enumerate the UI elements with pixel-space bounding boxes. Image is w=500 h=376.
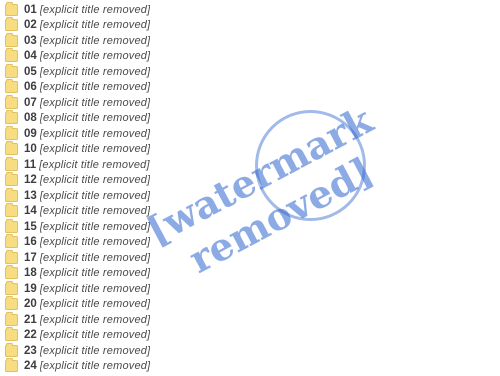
- item-number: 22: [24, 329, 37, 341]
- list-item[interactable]: 05 [explicit title removed]: [2, 64, 500, 80]
- folder-icon: [5, 329, 18, 341]
- item-number: 15: [24, 221, 37, 233]
- list-item[interactable]: 01 [explicit title removed]: [2, 2, 500, 18]
- item-number: 08: [24, 112, 37, 124]
- item-title-redacted: [explicit title removed]: [40, 205, 151, 217]
- item-number: 19: [24, 283, 37, 295]
- item-title-redacted: [explicit title removed]: [40, 66, 151, 78]
- item-title-redacted: [explicit title removed]: [40, 267, 151, 279]
- folder-icon: [5, 50, 18, 62]
- list-item[interactable]: 06 [explicit title removed]: [2, 80, 500, 96]
- list-item[interactable]: 14 [explicit title removed]: [2, 204, 500, 220]
- item-number: 06: [24, 81, 37, 93]
- item-title-redacted: [explicit title removed]: [40, 314, 151, 326]
- folder-icon: [5, 66, 18, 78]
- item-number: 16: [24, 236, 37, 248]
- item-title-redacted: [explicit title removed]: [40, 236, 151, 248]
- item-number: 03: [24, 35, 37, 47]
- folder-icon: [5, 298, 18, 310]
- folder-icon: [5, 174, 18, 186]
- item-title-redacted: [explicit title removed]: [40, 329, 151, 341]
- item-title-redacted: [explicit title removed]: [40, 345, 151, 357]
- folder-icon: [5, 81, 18, 93]
- item-number: 20: [24, 298, 37, 310]
- folder-icon: [5, 252, 18, 264]
- list-item[interactable]: 09 [explicit title removed]: [2, 126, 500, 142]
- list-item[interactable]: 12 [explicit title removed]: [2, 173, 500, 189]
- list-item[interactable]: 22 [explicit title removed]: [2, 328, 500, 344]
- list-item[interactable]: 03 [explicit title removed]: [2, 33, 500, 49]
- item-number: 11: [24, 159, 36, 171]
- item-title-redacted: [explicit title removed]: [40, 221, 151, 233]
- item-number: 01: [24, 4, 37, 16]
- folder-icon: [5, 236, 18, 248]
- folder-icon: [5, 97, 18, 109]
- item-number: 13: [24, 190, 37, 202]
- file-list: 01 [explicit title removed] 02 [explicit…: [2, 2, 500, 374]
- list-item[interactable]: 21 [explicit title removed]: [2, 312, 500, 328]
- item-number: 14: [24, 205, 37, 217]
- folder-icon: [5, 143, 18, 155]
- list-item[interactable]: 24 [explicit title removed]: [2, 359, 500, 375]
- item-title-redacted: [explicit title removed]: [40, 298, 151, 310]
- item-title-redacted: [explicit title removed]: [40, 283, 151, 295]
- folder-icon: [5, 205, 18, 217]
- item-number: 12: [24, 174, 37, 186]
- folder-icon: [5, 19, 18, 31]
- item-title-redacted: [explicit title removed]: [40, 143, 151, 155]
- item-title-redacted: [explicit title removed]: [40, 360, 151, 372]
- item-number: 04: [24, 50, 37, 62]
- item-title-redacted: [explicit title removed]: [40, 19, 151, 31]
- list-item[interactable]: 20 [explicit title removed]: [2, 297, 500, 313]
- item-number: 09: [24, 128, 37, 140]
- item-number: 10: [24, 143, 37, 155]
- item-title-redacted: [explicit title removed]: [40, 252, 151, 264]
- item-number: 17: [24, 252, 37, 264]
- folder-icon: [5, 128, 18, 140]
- list-item[interactable]: 13 [explicit title removed]: [2, 188, 500, 204]
- folder-icon: [5, 267, 18, 279]
- folder-icon: [5, 159, 18, 171]
- folder-icon: [5, 360, 18, 372]
- item-number: 21: [24, 314, 37, 326]
- item-number: 07: [24, 97, 37, 109]
- item-title-redacted: [explicit title removed]: [40, 35, 151, 47]
- item-title-redacted: [explicit title removed]: [40, 128, 151, 140]
- list-item[interactable]: 11 [explicit title removed]: [2, 157, 500, 173]
- item-number: 05: [24, 66, 37, 78]
- folder-icon: [5, 190, 18, 202]
- folder-icon: [5, 35, 18, 47]
- list-item[interactable]: 15 [explicit title removed]: [2, 219, 500, 235]
- list-item[interactable]: 07 [explicit title removed]: [2, 95, 500, 111]
- item-title-redacted: [explicit title removed]: [40, 174, 151, 186]
- item-title-redacted: [explicit title removed]: [40, 81, 151, 93]
- list-item[interactable]: 02 [explicit title removed]: [2, 18, 500, 34]
- item-number: 24: [24, 360, 37, 372]
- item-title-redacted: [explicit title removed]: [40, 97, 151, 109]
- item-title-redacted: [explicit title removed]: [40, 50, 151, 62]
- folder-icon: [5, 314, 18, 326]
- list-item[interactable]: 18 [explicit title removed]: [2, 266, 500, 282]
- list-item[interactable]: 19 [explicit title removed]: [2, 281, 500, 297]
- item-title-redacted: [explicit title removed]: [39, 159, 150, 171]
- folder-icon: [5, 112, 18, 124]
- list-item[interactable]: 08 [explicit title removed]: [2, 111, 500, 127]
- folder-icon: [5, 283, 18, 295]
- item-number: 02: [24, 19, 37, 31]
- folder-icon: [5, 221, 18, 233]
- list-item[interactable]: 10 [explicit title removed]: [2, 142, 500, 158]
- list-item[interactable]: 23 [explicit title removed]: [2, 343, 500, 359]
- list-item[interactable]: 16 [explicit title removed]: [2, 235, 500, 251]
- list-item[interactable]: 04 [explicit title removed]: [2, 49, 500, 65]
- item-number: 18: [24, 267, 37, 279]
- list-item[interactable]: 17 [explicit title removed]: [2, 250, 500, 266]
- folder-icon: [5, 4, 18, 16]
- item-title-redacted: [explicit title removed]: [40, 190, 151, 202]
- item-title-redacted: [explicit title removed]: [40, 112, 151, 124]
- item-number: 23: [24, 345, 37, 357]
- item-title-redacted: [explicit title removed]: [40, 4, 151, 16]
- folder-icon: [5, 345, 18, 357]
